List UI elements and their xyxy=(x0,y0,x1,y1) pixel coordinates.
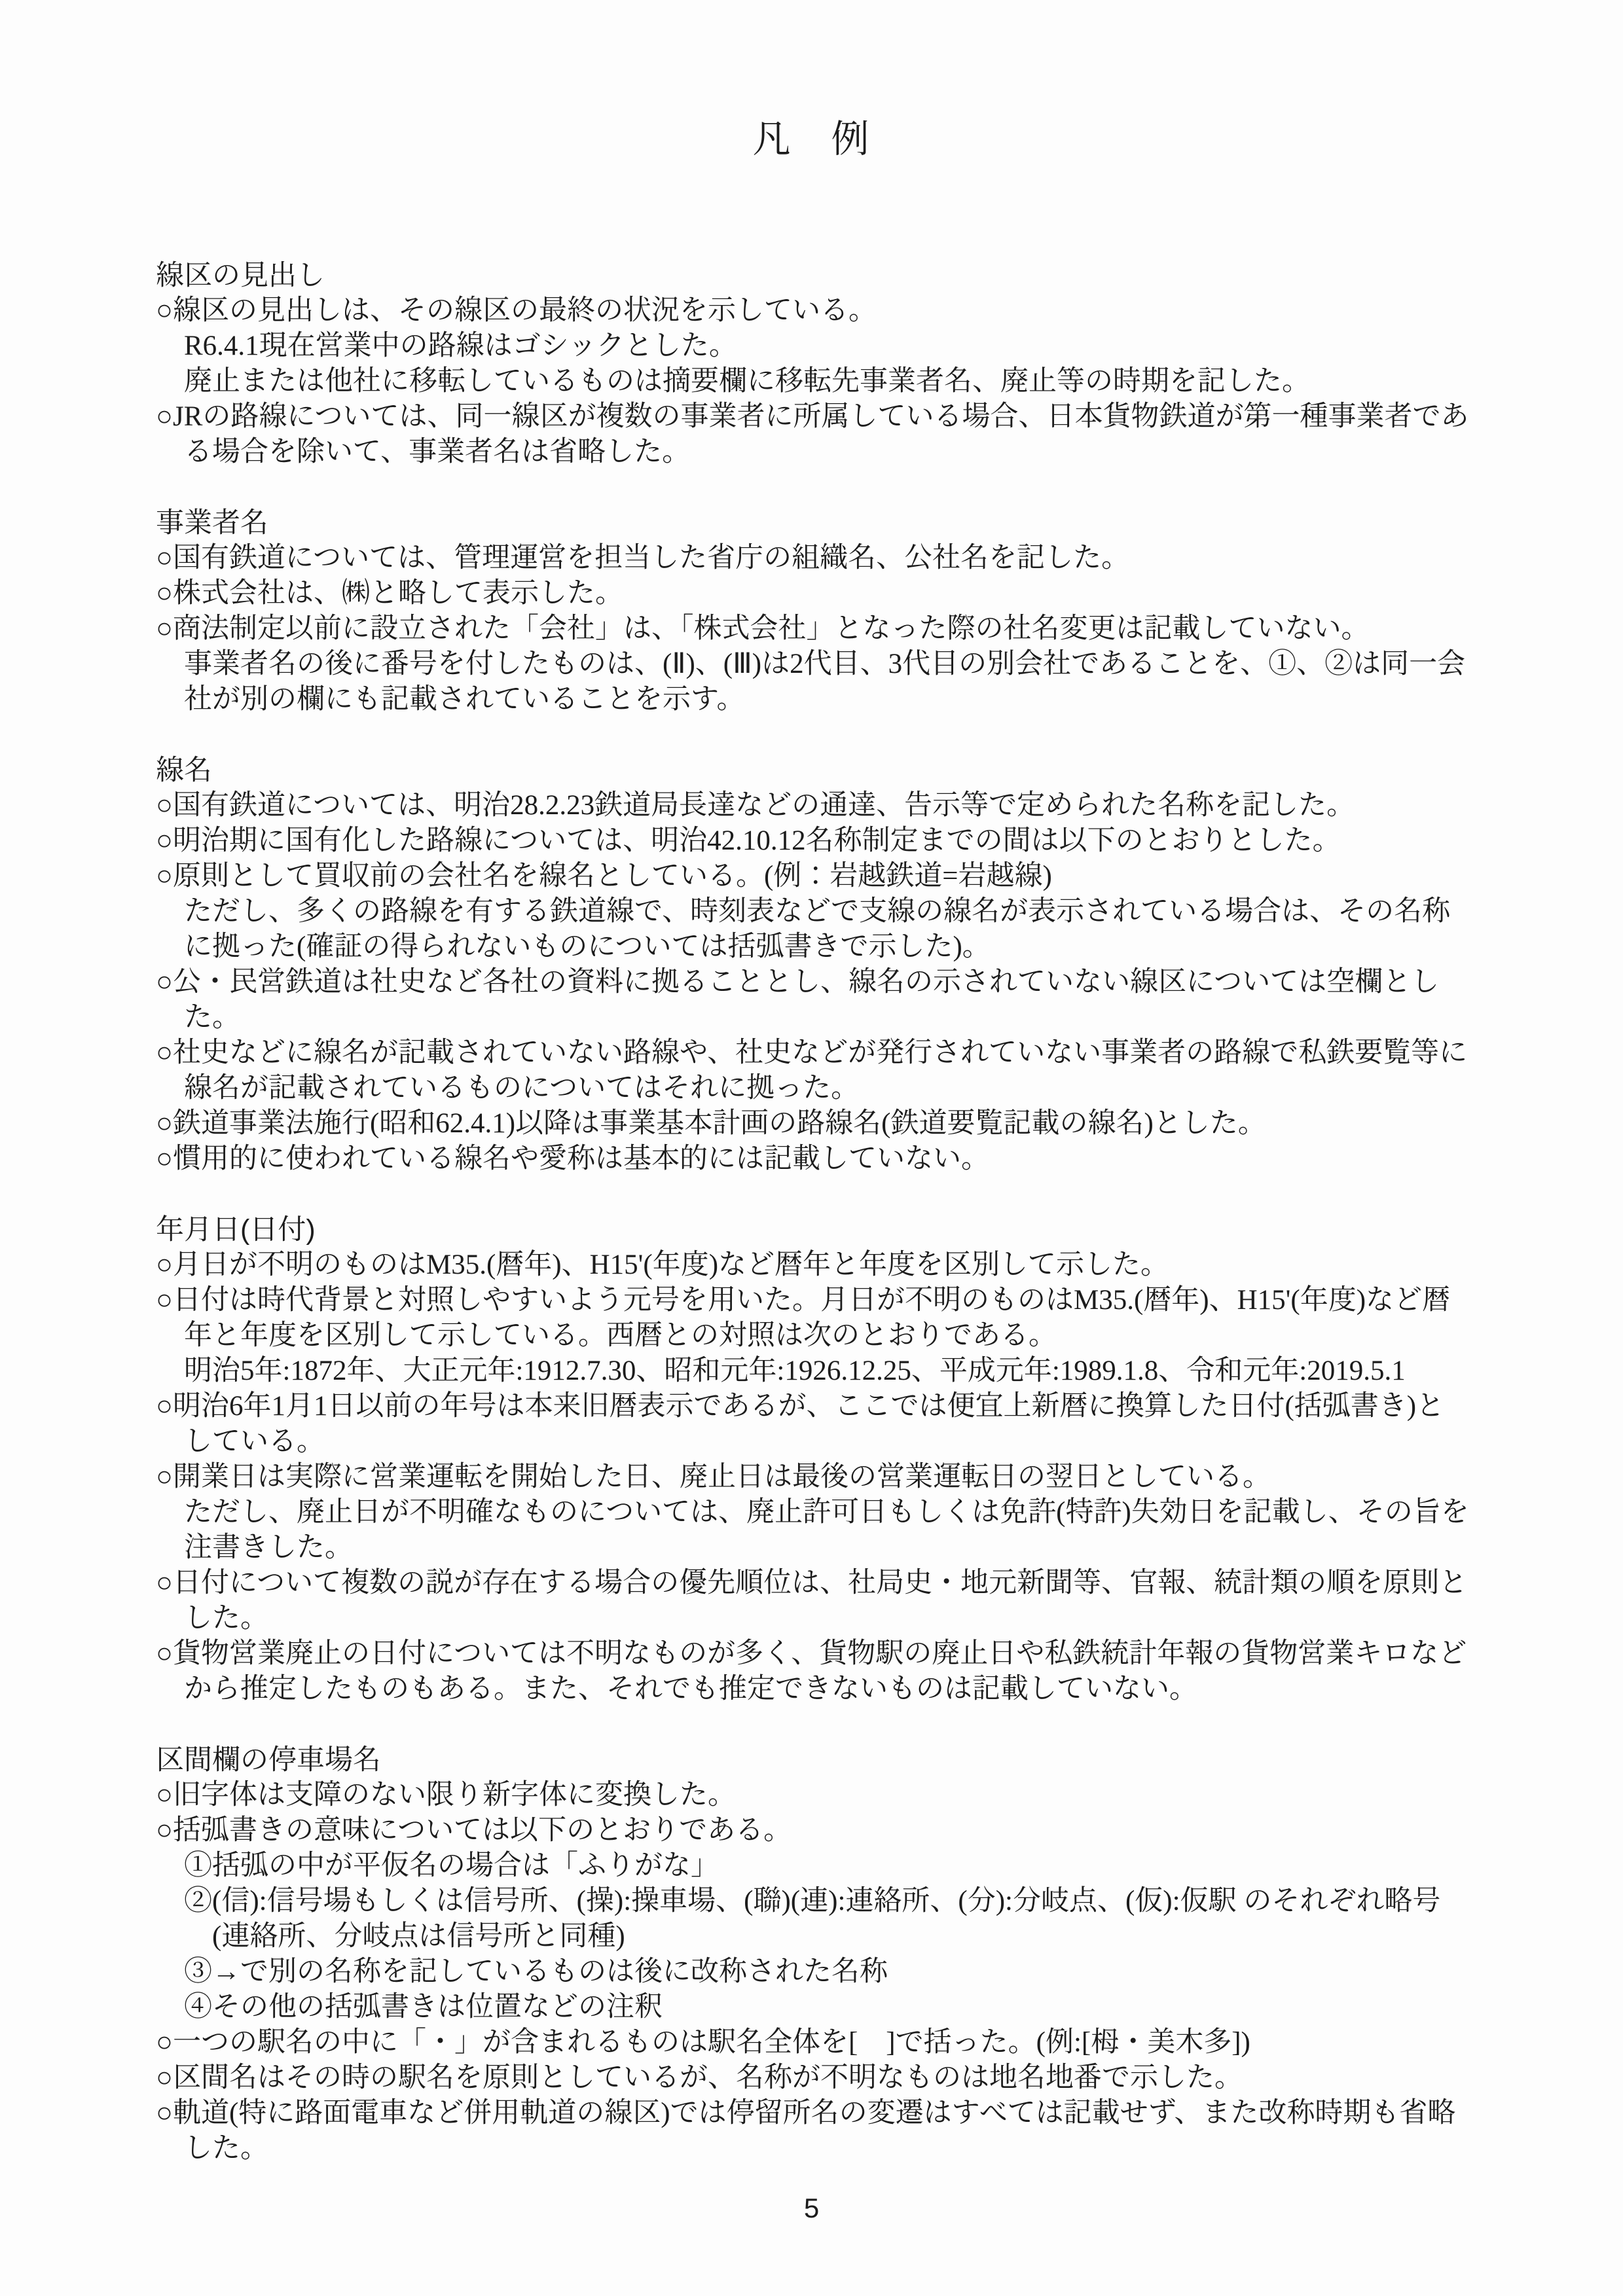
legend-item: ○慣用的に使われている線名や愛称は基本的には記載していない。 xyxy=(156,1141,1472,1177)
legend-item: ○線区の見出しは、その線区の最終の状況を示している。 xyxy=(156,293,1472,329)
legend-section: 区間欄の停車場名○旧字体は支障のない限り新字体に変換した。○括弧書きの意味につい… xyxy=(156,1742,1472,2166)
item-text: ただし、多くの路線を有する鉄道線で、時刻表などで支線の線名が表示されている場合は… xyxy=(184,896,1450,962)
legend-item: ○月日が不明のものはM35.(暦年)、H15'(年度)など暦年と年度を区別して示… xyxy=(156,1247,1472,1283)
legend-item: ○区間名はその時の駅名を原則としているが、名称が不明なものは地名地番で示した。 xyxy=(156,2060,1472,2096)
legend-content: 線区の見出し○線区の見出しは、その線区の最終の状況を示している。R6.4.1現在… xyxy=(0,160,1623,2166)
item-text: 貨物営業廃止の日付については不明なものが多く、貨物駅の廃止日や私鉄統計年報の貨物… xyxy=(173,1638,1467,1704)
legend-section: 事業者名○国有鉄道については、管理運営を担当した省庁の組織名、公社名を記した。○… xyxy=(156,505,1472,717)
bullet-marker-icon: ○ xyxy=(156,2062,173,2093)
bullet-marker-icon: ○ xyxy=(156,613,173,644)
item-text: ②(信):信号場もしくは信号所、(操):操車場、(聯)(連):連絡所、(分):分… xyxy=(184,1886,1440,1952)
item-text: 旧字体は支障のない限り新字体に変換した。 xyxy=(173,1780,736,1810)
legend-item: ②(信):信号場もしくは信号所、(操):操車場、(聯)(連):連絡所、(分):分… xyxy=(156,1884,1472,1954)
bullet-marker-icon: ○ xyxy=(156,1285,173,1316)
section-heading: 線名 xyxy=(156,753,1472,788)
item-text: 社史などに線名が記載されていない路線や、社史などが発行されていない事業者の路線で… xyxy=(173,1037,1467,1103)
bullet-marker-icon: ○ xyxy=(156,967,173,997)
legend-item: ○日付について複数の説が存在する場合の優先順位は、社局史・地元新聞等、官報、統計… xyxy=(156,1566,1472,1636)
legend-item: ○国有鉄道については、明治28.2.23鉄道局長達などの通達、告示等で定められた… xyxy=(156,788,1472,823)
legend-section: 線区の見出し○線区の見出しは、その線区の最終の状況を示している。R6.4.1現在… xyxy=(156,258,1472,470)
item-text: 原則として買収前の会社名を線名としている。(例：岩越鉄道=岩越線) xyxy=(173,861,1052,891)
bullet-marker-icon: ○ xyxy=(156,1037,173,1068)
item-text: 国有鉄道については、管理運営を担当した省庁の組織名、公社名を記した。 xyxy=(173,543,1129,573)
item-text: 軌道(特に路面電車など併用軌道の線区)では停留所名の変遷はすべては記載せず、また… xyxy=(173,2098,1455,2164)
legend-item: ○明治6年1月1日以前の年号は本来旧暦表示であるが、ここでは便宜上新暦に換算した… xyxy=(156,1389,1472,1460)
bullet-marker-icon: ○ xyxy=(156,1815,173,1846)
legend-item: ○括弧書きの意味については以下のとおりである。 xyxy=(156,1813,1472,1848)
item-text: ①括弧の中が平仮名の場合は「ふりがな」 xyxy=(184,1850,719,1881)
document-page: 凡 例 線区の見出し○線区の見出しは、その線区の最終の状況を示している。R6.4… xyxy=(0,0,1623,2296)
item-text: 国有鉄道については、明治28.2.23鉄道局長達などの通達、告示等で定められた名… xyxy=(173,790,1355,821)
item-text: 廃止または他社に移転しているものは摘要欄に移転先事業者名、廃止等の時期を記した。 xyxy=(184,366,1310,397)
legend-item: ①括弧の中が平仮名の場合は「ふりがな」 xyxy=(156,1848,1472,1884)
section-heading: 線区の見出し xyxy=(156,258,1472,293)
item-text: 明治6年1月1日以前の年号は本来旧暦表示であるが、ここでは便宜上新暦に換算した日… xyxy=(173,1391,1444,1457)
bullet-marker-icon: ○ xyxy=(156,825,173,856)
legend-section: 年月日(日付)○月日が不明のものはM35.(暦年)、H15'(年度)など暦年と年… xyxy=(156,1212,1472,1707)
legend-item: 廃止または他社に移転しているものは摘要欄に移転先事業者名、廃止等の時期を記した。 xyxy=(156,364,1472,399)
item-text: JRの路線については、同一線区が複数の事業者に所属している場合、日本貨物鉄道が第… xyxy=(173,401,1469,467)
item-text: 日付は時代背景と対照しやすいよう元号を用いた。月日が不明のものはM35.(暦年)… xyxy=(173,1285,1450,1351)
item-text: R6.4.1現在営業中の路線はゴシックとした。 xyxy=(184,331,737,361)
bullet-marker-icon: ○ xyxy=(156,1391,173,1422)
legend-item: ○明治期に国有化した路線については、明治42.10.12名称制定までの間は以下の… xyxy=(156,823,1472,859)
item-text: 商法制定以前に設立された「会社」は、「株式会社」となった際の社名変更は記載してい… xyxy=(173,613,1370,644)
item-text: 括弧書きの意味については以下のとおりである。 xyxy=(173,1815,792,1846)
legend-item: ○JRの路線については、同一線区が複数の事業者に所属している場合、日本貨物鉄道が… xyxy=(156,399,1472,470)
legend-item: ③→で別の名称を記しているものは後に改称された名称 xyxy=(156,1954,1472,1990)
bullet-marker-icon: ○ xyxy=(156,1638,173,1669)
bullet-marker-icon: ○ xyxy=(156,578,173,609)
bullet-marker-icon: ○ xyxy=(156,1780,173,1810)
bullet-marker-icon: ○ xyxy=(156,1108,173,1139)
bullet-marker-icon: ○ xyxy=(156,543,173,573)
bullet-marker-icon: ○ xyxy=(156,861,173,891)
legend-item: ○一つの駅名の中に「・」が含まれるものは駅名全体を[ ]で括った。(例:[栂・美… xyxy=(156,2025,1472,2060)
item-text: 公・民営鉄道は社史など各社の資料に拠ることとし、線名の示されていない線区について… xyxy=(173,967,1439,1033)
page-number: 5 xyxy=(0,2194,1623,2223)
item-text: 日付について複数の説が存在する場合の優先順位は、社局史・地元新聞等、官報、統計類… xyxy=(173,1568,1467,1634)
bullet-marker-icon: ○ xyxy=(156,401,173,432)
legend-item: ○商法制定以前に設立された「会社」は、「株式会社」となった際の社名変更は記載して… xyxy=(156,611,1472,647)
legend-item: ただし、廃止日が不明確なものについては、廃止許可日もしくは免許(特許)失効日を記… xyxy=(156,1495,1472,1566)
item-text: 月日が不明のものはM35.(暦年)、H15'(年度)など暦年と年度を区別して示し… xyxy=(173,1249,1169,1280)
bullet-marker-icon: ○ xyxy=(156,1462,173,1492)
item-text: 明治5年:1872年、大正元年:1912.7.30、昭和元年:1926.12.2… xyxy=(184,1355,1406,1386)
legend-item: ○開業日は実際に営業運転を開始した日、廃止日は最後の営業運転日の翌日としている。 xyxy=(156,1460,1472,1495)
bullet-marker-icon: ○ xyxy=(156,295,173,326)
item-text: 慣用的に使われている線名や愛称は基本的には記載していない。 xyxy=(173,1143,989,1174)
legend-item: ○軌道(特に路面電車など併用軌道の線区)では停留所名の変遷はすべては記載せず、ま… xyxy=(156,2096,1472,2166)
legend-item: ○国有鉄道については、管理運営を担当した省庁の組織名、公社名を記した。 xyxy=(156,541,1472,576)
legend-item: ○貨物営業廃止の日付については不明なものが多く、貨物駅の廃止日や私鉄統計年報の貨… xyxy=(156,1636,1472,1707)
page-title: 凡 例 xyxy=(0,0,1623,160)
item-text: 区間名はその時の駅名を原則としているが、名称が不明なものは地名地番で示した。 xyxy=(173,2062,1243,2093)
legend-item: ○原則として買収前の会社名を線名としている。(例：岩越鉄道=岩越線) xyxy=(156,859,1472,894)
item-text: 株式会社は、㈱と略して表示した。 xyxy=(173,578,623,609)
legend-item: ○日付は時代背景と対照しやすいよう元号を用いた。月日が不明のものはM35.(暦年… xyxy=(156,1283,1472,1354)
legend-item: ○鉄道事業法施行(昭和62.4.1)以降は事業基本計画の路線名(鉄道要覧記載の線… xyxy=(156,1106,1472,1141)
legend-item: 事業者名の後に番号を付したものは、(Ⅱ)、(Ⅲ)は2代目、3代目の別会社であるこ… xyxy=(156,647,1472,717)
section-heading: 事業者名 xyxy=(156,505,1472,541)
legend-item: ○旧字体は支障のない限り新字体に変換した。 xyxy=(156,1778,1472,1813)
item-text: ④その他の括弧書きは位置などの注釈 xyxy=(184,1992,663,2022)
legend-item: ○株式会社は、㈱と略して表示した。 xyxy=(156,576,1472,611)
item-text: 事業者名の後に番号を付したものは、(Ⅱ)、(Ⅲ)は2代目、3代目の別会社であるこ… xyxy=(184,649,1465,715)
legend-item: ④その他の括弧書きは位置などの注釈 xyxy=(156,1990,1472,2025)
bullet-marker-icon: ○ xyxy=(156,790,173,821)
item-text: 明治期に国有化した路線については、明治42.10.12名称制定までの間は以下のと… xyxy=(173,825,1341,856)
item-text: 開業日は実際に営業運転を開始した日、廃止日は最後の営業運転日の翌日としている。 xyxy=(173,1462,1271,1492)
item-text: ③→で別の名称を記しているものは後に改称された名称 xyxy=(184,1956,888,1987)
legend-item: R6.4.1現在営業中の路線はゴシックとした。 xyxy=(156,329,1472,364)
item-text: 一つの駅名の中に「・」が含まれるものは駅名全体を[ ]で括った。(例:[栂・美木… xyxy=(173,2027,1250,2058)
legend-item: ○社史などに線名が記載されていない路線や、社史などが発行されていない事業者の路線… xyxy=(156,1035,1472,1106)
bullet-marker-icon: ○ xyxy=(156,2027,173,2058)
bullet-marker-icon: ○ xyxy=(156,1143,173,1174)
bullet-marker-icon: ○ xyxy=(156,2098,173,2128)
item-text: ただし、廃止日が不明確なものについては、廃止許可日もしくは免許(特許)失効日を記… xyxy=(184,1497,1469,1563)
legend-item: 明治5年:1872年、大正元年:1912.7.30、昭和元年:1926.12.2… xyxy=(156,1354,1472,1389)
bullet-marker-icon: ○ xyxy=(156,1249,173,1280)
legend-item: ○公・民営鉄道は社史など各社の資料に拠ることとし、線名の示されていない線区につい… xyxy=(156,965,1472,1035)
legend-section: 線名○国有鉄道については、明治28.2.23鉄道局長達などの通達、告示等で定めら… xyxy=(156,753,1472,1177)
bullet-marker-icon: ○ xyxy=(156,1568,173,1598)
section-heading: 区間欄の停車場名 xyxy=(156,1742,1472,1778)
section-heading: 年月日(日付) xyxy=(156,1212,1472,1247)
item-text: 鉄道事業法施行(昭和62.4.1)以降は事業基本計画の路線名(鉄道要覧記載の線名… xyxy=(173,1108,1266,1139)
legend-item: ただし、多くの路線を有する鉄道線で、時刻表などで支線の線名が表示されている場合は… xyxy=(156,894,1472,965)
item-text: 線区の見出しは、その線区の最終の状況を示している。 xyxy=(173,295,877,326)
